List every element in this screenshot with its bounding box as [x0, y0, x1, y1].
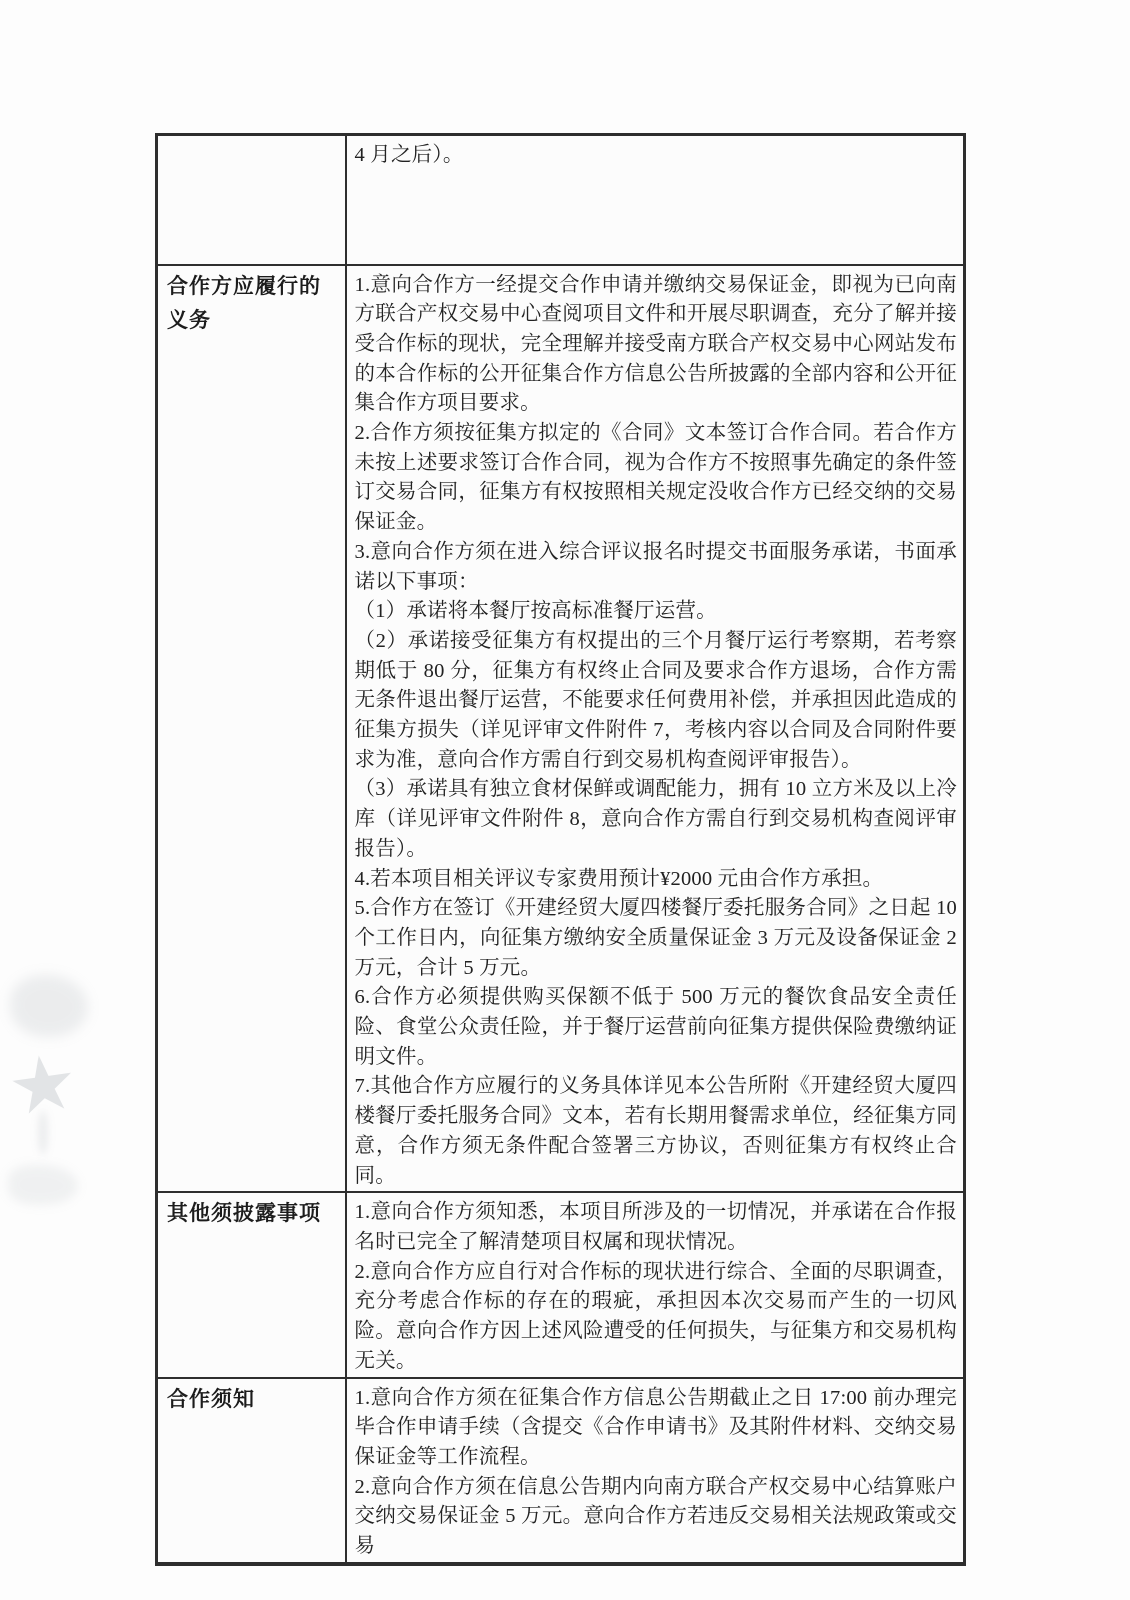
row-label-continued	[157, 135, 346, 265]
stamp-watermark	[0, 950, 130, 1250]
paragraph: 2.合作方须按征集方拟定的《合同》文本签订合作合同。若合作方未按上述要求签订合作…	[355, 419, 958, 538]
paragraph: 1.意向合作方一经提交合作申请并缴纳交易保证金，即视为已向南方联合产权交易中心查…	[355, 271, 958, 420]
row-label-obligations: 合作方应履行的义务	[157, 265, 346, 1193]
table-row: 其他须披露事项 1.意向合作方须知悉，本项目所涉及的一切情况，并承诺在合作报名时…	[157, 1192, 965, 1377]
document-page: 4 月之后）。 合作方应履行的义务 1.意向合作方一经提交合作申请并缴纳交易保证…	[0, 0, 1130, 1600]
row-content-obligations: 1.意向合作方一经提交合作申请并缴纳交易保证金，即视为已向南方联合产权交易中心查…	[346, 265, 965, 1193]
paragraph: 7.其他合作方应履行的义务具体详见本公告所附《开建经贸大厦四楼餐厅委托服务合同》…	[355, 1072, 958, 1191]
paragraph: （2）承诺接受征集方有权提出的三个月餐厅运行考察期，若考察期低于 80 分，征集…	[355, 627, 958, 776]
paragraph: 6.合作方必须提供购买保额不低于 500 万元的餐饮食品安全责任险、食堂公众责任…	[355, 983, 958, 1072]
paragraph: （3）承诺具有独立食材保鲜或调配能力，拥有 10 立方米及以上冷库（详见评审文件…	[355, 775, 958, 864]
announcement-table: 4 月之后）。 合作方应履行的义务 1.意向合作方一经提交合作申请并缴纳交易保证…	[155, 133, 966, 1566]
paragraph: 1.意向合作方须知悉，本项目所涉及的一切情况，并承诺在合作报名时已完全了解清楚项…	[355, 1198, 958, 1257]
paragraph: 5.合作方在签订《开建经贸大厦四楼餐厅委托服务合同》之日起 10 个工作日内，向…	[355, 894, 958, 983]
paragraph: 3.意向合作方须在进入综合评议报名时提交书面服务承诺，书面承诺以下事项：	[355, 538, 958, 597]
table-row: 合作须知 1.意向合作方须在征集合作方信息公告期截止之日 17:00 前办理完毕…	[157, 1378, 965, 1564]
paragraph: 4.若本项目相关评议专家费用预计¥2000 元由合作方承担。	[355, 865, 958, 895]
paragraph: 2.意向合作方应自行对合作标的现状进行综合、全面的尽职调查，充分考虑合作标的存在…	[355, 1258, 958, 1377]
row-content-notice: 1.意向合作方须在征集合作方信息公告期截止之日 17:00 前办理完毕合作申请手…	[346, 1378, 965, 1564]
paragraph: （1）承诺将本餐厅按高标准餐厅运营。	[355, 597, 958, 627]
paragraph: 4 月之后）。	[355, 141, 958, 171]
star-icon	[8, 1051, 78, 1121]
stamp-text-smudge	[10, 975, 88, 1037]
paragraph: 2.意向合作方须在信息公告期内向南方联合产权交易中心结算账户交纳交易保证金 5 …	[355, 1473, 958, 1562]
row-label-notice: 合作须知	[157, 1378, 346, 1564]
paragraph: 1.意向合作方须在征集合作方信息公告期截止之日 17:00 前办理完毕合作申请手…	[355, 1384, 958, 1473]
row-content-disclosure: 1.意向合作方须知悉，本项目所涉及的一切情况，并承诺在合作报名时已完全了解清楚项…	[346, 1192, 965, 1377]
row-content-continued: 4 月之后）。	[346, 135, 965, 265]
stamp-lower-smudge	[8, 1165, 78, 1205]
stamp-tail-smudge	[38, 1110, 48, 1155]
table-row: 4 月之后）。	[157, 135, 965, 265]
table-row: 合作方应履行的义务 1.意向合作方一经提交合作申请并缴纳交易保证金，即视为已向南…	[157, 265, 965, 1193]
row-label-disclosure: 其他须披露事项	[157, 1192, 346, 1377]
